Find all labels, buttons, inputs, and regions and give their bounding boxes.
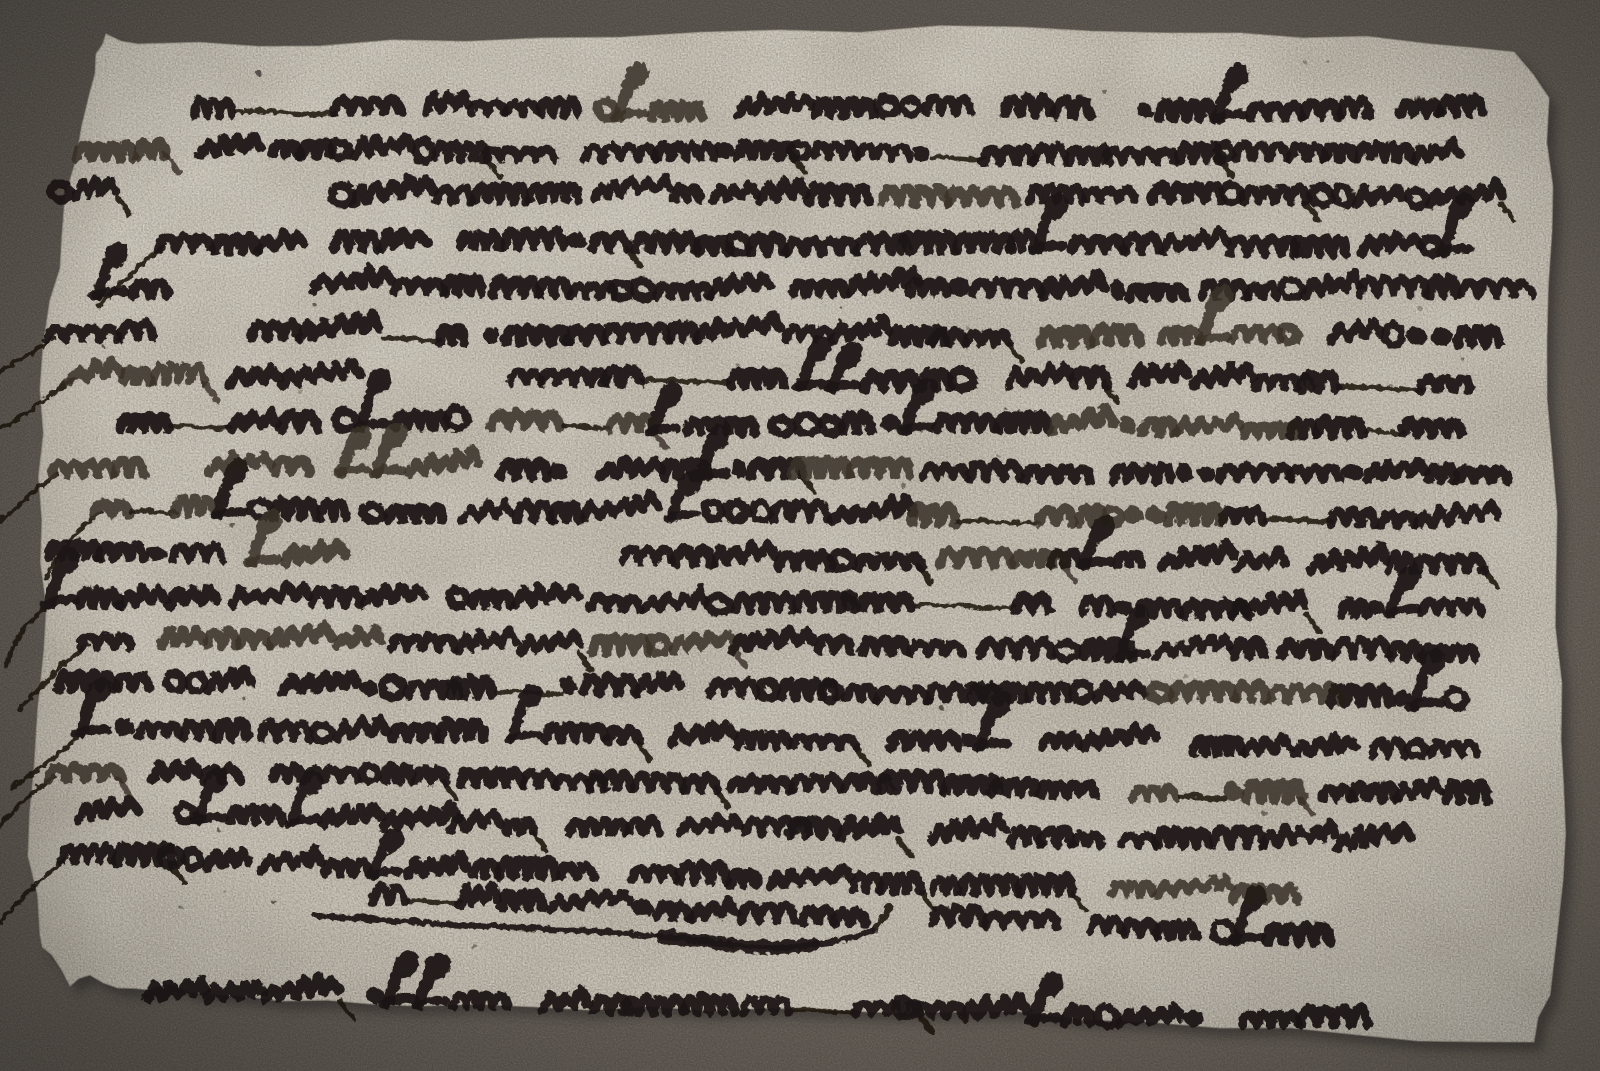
manuscript-photograph	[0, 0, 1600, 1071]
screenshot-root	[0, 0, 1600, 1071]
photo-vignette	[0, 0, 1600, 1071]
